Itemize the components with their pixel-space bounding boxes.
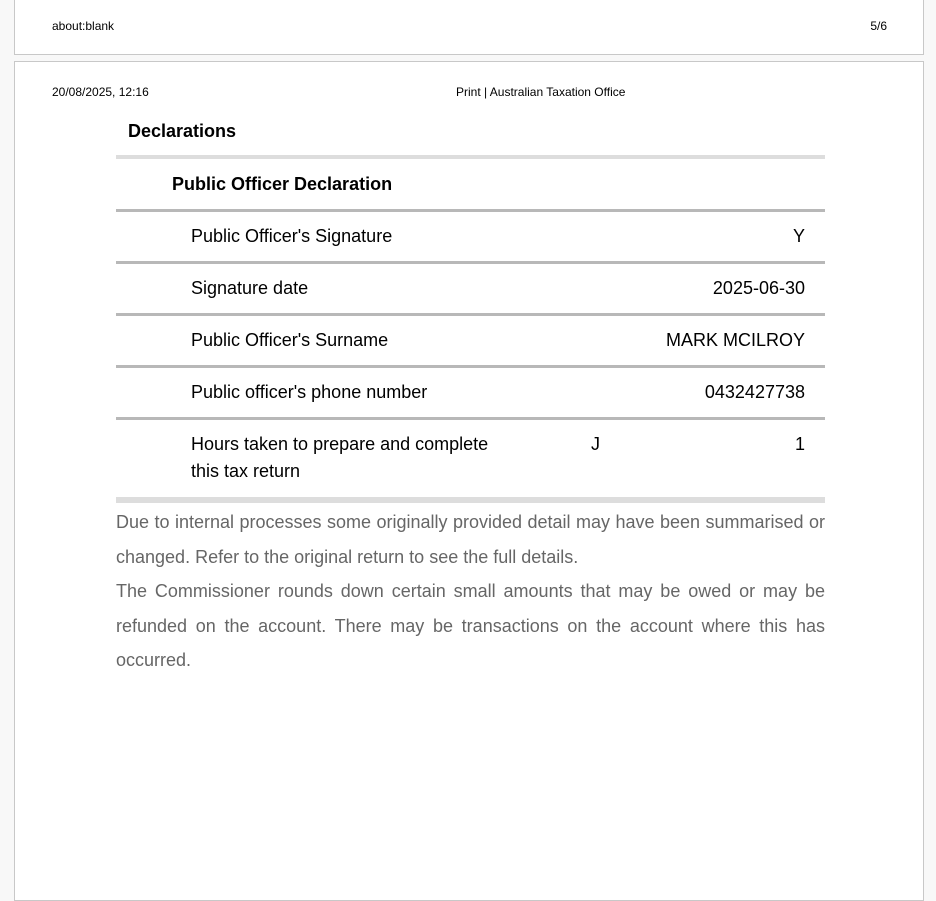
row-code: J xyxy=(591,431,600,458)
row-label: Public Officer's Signature xyxy=(191,212,392,261)
section-end-divider xyxy=(116,497,825,503)
note-summarised: Due to internal processes some originall… xyxy=(116,505,825,574)
note-rounding: The Commissioner rounds down certain sma… xyxy=(116,574,825,678)
row-label: Public officer's phone number xyxy=(191,368,427,417)
row-label: Signature date xyxy=(191,264,308,313)
table-row: Public officer's phone number 0432427738 xyxy=(116,368,825,417)
print-datetime: 20/08/2025, 12:16 xyxy=(52,85,149,99)
table-row: Hours taken to prepare and complete this… xyxy=(116,420,825,497)
previous-page: about:blank 5/6 xyxy=(14,0,924,55)
row-value: Y xyxy=(793,212,805,261)
print-document-title: Print | Australian Taxation Office xyxy=(456,85,625,99)
subsection-title: Public Officer Declaration xyxy=(116,159,825,209)
table-row: Public Officer's Signature Y xyxy=(116,212,825,261)
row-label: Public Officer's Surname xyxy=(191,316,388,365)
row-value: 0432427738 xyxy=(705,368,805,417)
table-row: Signature date 2025-06-30 xyxy=(116,264,825,313)
current-page: 20/08/2025, 12:16 Print | Australian Tax… xyxy=(14,61,924,880)
declarations-section: Declarations Public Officer Declaration … xyxy=(116,117,825,678)
table-row: Public Officer's Surname MARK MCILROY xyxy=(116,316,825,365)
page-number: 5/6 xyxy=(870,19,887,33)
row-value: 2025-06-30 xyxy=(713,264,805,313)
print-url: about:blank xyxy=(52,19,114,33)
row-value: MARK MCILROY xyxy=(666,316,805,365)
disclaimer-notes: Due to internal processes some originall… xyxy=(116,505,825,678)
row-label: Hours taken to prepare and complete this… xyxy=(191,431,521,485)
row-value: 1 xyxy=(795,431,805,458)
section-title: Declarations xyxy=(116,117,825,155)
